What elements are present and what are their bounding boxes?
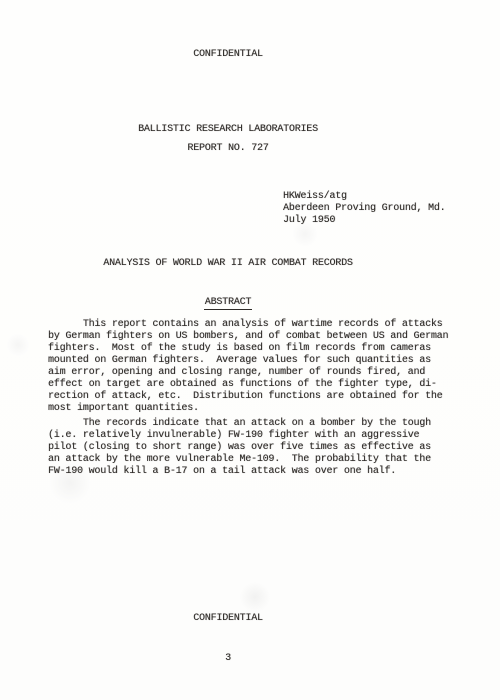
scanned-document-page: CONFIDENTIAL BALLISTIC RESEARCH LABORATO…: [0, 0, 500, 700]
byline-block: HKWeiss/atg Aberdeen Proving Ground, Md.…: [283, 191, 445, 227]
publication-date: July 1950: [283, 215, 445, 227]
organization-name: BALLISTIC RESEARCH LABORATORIES: [0, 124, 456, 135]
page-number: 3: [0, 653, 456, 664]
abstract-paragraph-1: This report contains an analysis of wart…: [48, 319, 473, 415]
abstract-paragraph-2: The records indicate that an attack on a…: [48, 418, 473, 478]
abstract-section: ABSTRACT: [0, 297, 456, 310]
abstract-heading: ABSTRACT: [204, 297, 252, 310]
classification-marking-top: CONFIDENTIAL: [0, 49, 456, 60]
publication-location: Aberdeen Proving Ground, Md.: [283, 203, 445, 215]
document-title: ANALYSIS OF WORLD WAR II AIR COMBAT RECO…: [0, 258, 456, 269]
author-initials: HKWeiss/atg: [283, 191, 445, 203]
report-number: REPORT NO. 727: [0, 143, 456, 154]
classification-marking-bottom: CONFIDENTIAL: [0, 613, 456, 624]
